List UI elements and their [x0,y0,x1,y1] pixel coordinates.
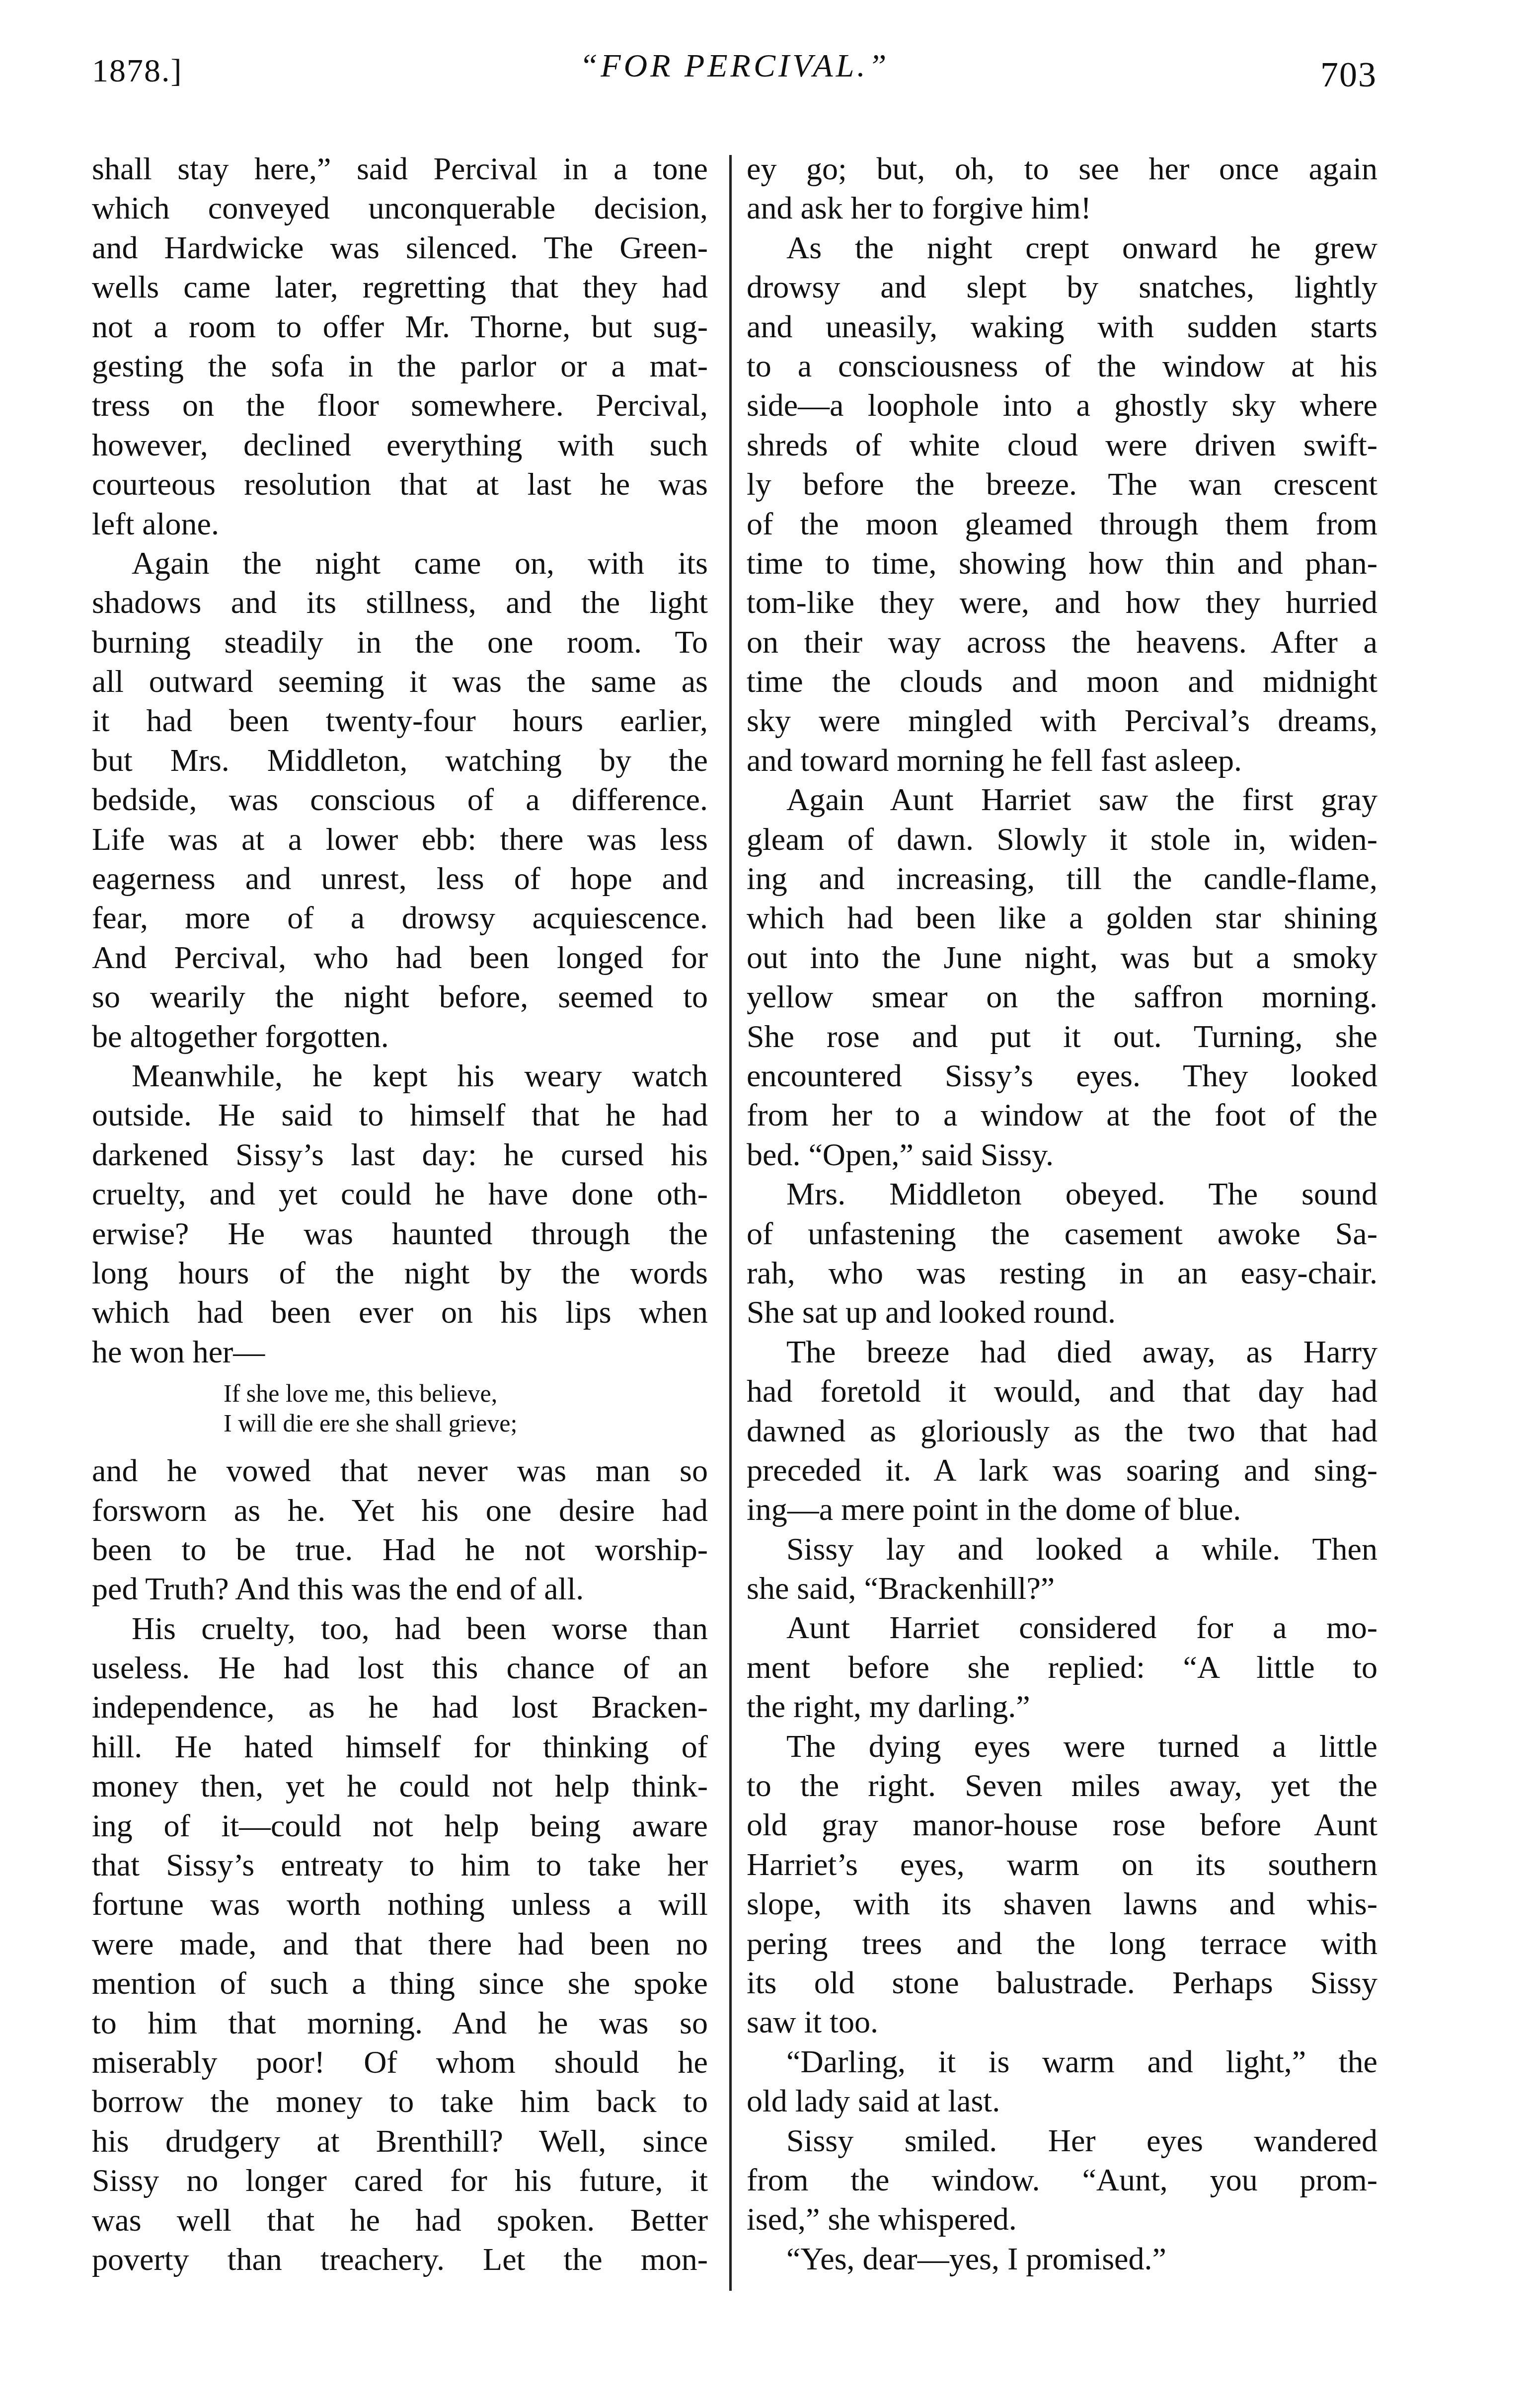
text-line: but Mrs. Middleton, watching by the [92,741,708,780]
text-line: borrow the money to take him back to [92,2082,708,2121]
text-line: be altogether forgotten. [92,1017,708,1056]
verse-line: I will die ere she shall grieve; [92,1408,708,1438]
text-line: which had been like a golden star shinin… [747,898,1377,937]
text-line: and ask her to forgive him! [747,188,1377,227]
text-line: tom-like they were, and how they hurried [747,583,1377,622]
header-title: “FOR PERCIVAL.” [92,47,1377,85]
text-line: rah, who was resting in an easy-chair. [747,1253,1377,1292]
text-line: long hours of the night by the words [92,1253,708,1292]
text-line: drowsy and slept by snatches, lightly [747,267,1377,306]
text-line: darkened Sissy’s last day: he cursed his [92,1135,708,1174]
text-line: “Yes, dear—yes, I promised.” [747,2239,1377,2278]
text-line: gleam of dawn. Slowly it stole in, widen… [747,820,1377,859]
text-line: encountered Sissy’s eyes. They looked [747,1056,1377,1095]
text-line: fortune was worth nothing unless a will [92,1884,708,1924]
text-line: all outward seeming it was the same as [92,662,708,701]
text-line: to a consciousness of the window at his [747,346,1377,385]
text-line: however, declined everything with such [92,425,708,464]
text-line: independence, as he had lost Bracken- [92,1687,708,1727]
text-line: shreds of white cloud were driven swift- [747,425,1377,464]
text-line: Sissy smiled. Her eyes wandered [747,2121,1377,2160]
text-line: preceded it. A lark was soaring and sing… [747,1450,1377,1490]
text-line: Sissy lay and looked a while. Then [747,1529,1377,1569]
text-line: slope, with its shaven lawns and whis- [747,1884,1377,1923]
text-line: were made, and that there had been no [92,1924,708,1963]
text-line: ing—a mere point in the dome of blue. [747,1490,1377,1529]
text-line: side—a loophole into a ghostly sky where [747,385,1377,425]
text-line: miserably poor! Of whom should he [92,2042,708,2082]
text-line: ing of it—could not help being aware [92,1806,708,1845]
text-line: she said, “Brackenhill?” [747,1569,1377,1608]
text-line: and uneasily, waking with sudden starts [747,307,1377,346]
text-line: sky were mingled with Percival’s dreams, [747,701,1377,740]
right-column-lines: ey go; but, oh, to see her once againand… [747,149,1377,2278]
text-line: She rose and put it out. Turning, she [747,1017,1377,1056]
text-line: shadows and its stillness, and the light [92,583,708,622]
text-line: had foretold it would, and that day had [747,1371,1377,1411]
text-line: Sissy no longer cared for his future, it [92,2161,708,2200]
text-line: His cruelty, too, had been worse than [92,1609,708,1648]
text-line: The breeze had died away, as Harry [747,1332,1377,1371]
text-line: bedside, was conscious of a difference. [92,780,708,819]
text-line: ly before the breeze. The wan crescent [747,464,1377,504]
column-divider [729,155,732,2291]
text-line: cruelty, and yet could he have done oth- [92,1174,708,1213]
text-line: of unfastening the casement awoke Sa- [747,1214,1377,1253]
text-line: “Darling, it is warm and light,” the [747,2042,1377,2081]
text-line: eagerness and unrest, less of hope and [92,859,708,898]
text-line: its old stone balustrade. Perhaps Sissy [747,1963,1377,2002]
text-line: time the clouds and moon and midnight [747,662,1377,701]
text-line: She sat up and looked round. [747,1292,1377,1332]
text-line: to him that morning. And he was so [92,2003,708,2042]
text-line: and Hardwicke was silenced. The Green- [92,228,708,267]
text-line: that Sissy’s entreaty to him to take her [92,1845,708,1884]
text-line: Life was at a lower ebb: there was less [92,820,708,859]
right-column: ey go; but, oh, to see her once againand… [747,149,1377,2278]
text-line: which had been ever on his lips when [92,1292,708,1332]
text-line: and he vowed that never was man so [92,1451,708,1490]
text-line: old lady said at last. [747,2081,1377,2120]
text-line: hill. He hated himself for thinking of [92,1727,708,1766]
text-line: the right, my darling.” [747,1687,1377,1726]
text-line: Harriet’s eyes, warm on its southern [747,1845,1377,1884]
text-line: old gray manor-house rose before Aunt [747,1805,1377,1844]
text-line: pering trees and the long terrace with [747,1924,1377,1963]
text-line: poverty than treachery. Let the mon- [92,2240,708,2279]
text-line: And Percival, who had been longed for [92,938,708,977]
text-line: of the moon gleamed through them from [747,504,1377,543]
text-line: it had been twenty-four hours earlier, [92,701,708,740]
text-line: left alone. [92,504,708,543]
text-line: bed. “Open,” said Sissy. [747,1135,1377,1174]
text-line: Meanwhile, he kept his weary watch [92,1056,708,1095]
text-line: shall stay here,” said Percival in a ton… [92,149,708,188]
text-line: ing and increasing, till the candle-flam… [747,859,1377,898]
text-line: been to be true. Had he not worship- [92,1530,708,1569]
text-line: money then, yet he could not help think- [92,1766,708,1806]
verse-line: If she love me, this believe, [92,1378,708,1408]
text-line: time to time, showing how thin and phan- [747,543,1377,583]
text-line: saw it too. [747,2002,1377,2041]
text-line: Aunt Harriet considered for a mo- [747,1608,1377,1647]
text-line: ped Truth? And this was the end of all. [92,1569,708,1608]
text-line: erwise? He was haunted through the [92,1214,708,1253]
text-line: so wearily the night before, seemed to [92,977,708,1016]
text-line: burning steadily in the one room. To [92,622,708,662]
page-number: 703 [1320,54,1377,95]
text-line: ised,” she whispered. [747,2199,1377,2239]
running-header: 1878.] “FOR PERCIVAL.” 703 [92,47,1377,102]
text-line: and toward morning he fell fast asleep. [747,741,1377,780]
text-line: he won her— [92,1332,708,1371]
text-line: Again Aunt Harriet saw the first gray [747,780,1377,819]
text-line: was well that he had spoken. Better [92,2200,708,2240]
text-line: on their way across the heavens. After a [747,622,1377,662]
text-line: dawned as gloriously as the two that had [747,1411,1377,1450]
text-line: his drudgery at Brenthill? Well, since [92,2121,708,2161]
text-line: from the window. “Aunt, you prom- [747,2160,1377,2199]
text-line: yellow smear on the saffron morning. [747,977,1377,1016]
text-line: to the right. Seven miles away, yet the [747,1766,1377,1805]
text-line: forsworn as he. Yet his one desire had [92,1491,708,1530]
text-line: courteous resolution that at last he was [92,464,708,504]
left-column: shall stay here,” said Percival in a ton… [92,149,708,2279]
text-line: Again the night came on, with its [92,543,708,583]
text-line: fear, more of a drowsy acquiescence. [92,898,708,937]
text-line: from her to a window at the foot of the [747,1095,1377,1134]
text-line: As the night crept onward he grew [747,228,1377,267]
text-line: outside. He said to himself that he had [92,1095,708,1134]
text-line: useless. He had lost this chance of an [92,1648,708,1687]
text-line: The dying eyes were turned a little [747,1727,1377,1766]
text-line: mention of such a thing since she spoke [92,1963,708,2003]
text-line: tress on the floor somewhere. Percival, [92,385,708,425]
text-line: not a room to offer Mr. Thorne, but sug- [92,307,708,346]
text-line: ey go; but, oh, to see her once again [747,149,1377,188]
text-line: ment before she replied: “A little to [747,1648,1377,1687]
verse-quotation: If she love me, this believe, I will die… [92,1371,708,1451]
text-line: Mrs. Middleton obeyed. The sound [747,1174,1377,1213]
text-line: which conveyed unconquerable decision, [92,188,708,227]
text-line: gesting the sofa in the parlor or a mat- [92,346,708,385]
left-column-lines-after-verse: and he vowed that never was man soforswo… [92,1451,708,2279]
text-line: wells came later, regretting that they h… [92,267,708,306]
left-column-lines-before-verse: shall stay here,” said Percival in a ton… [92,149,708,1371]
text-line: out into the June night, was but a smoky [747,938,1377,977]
